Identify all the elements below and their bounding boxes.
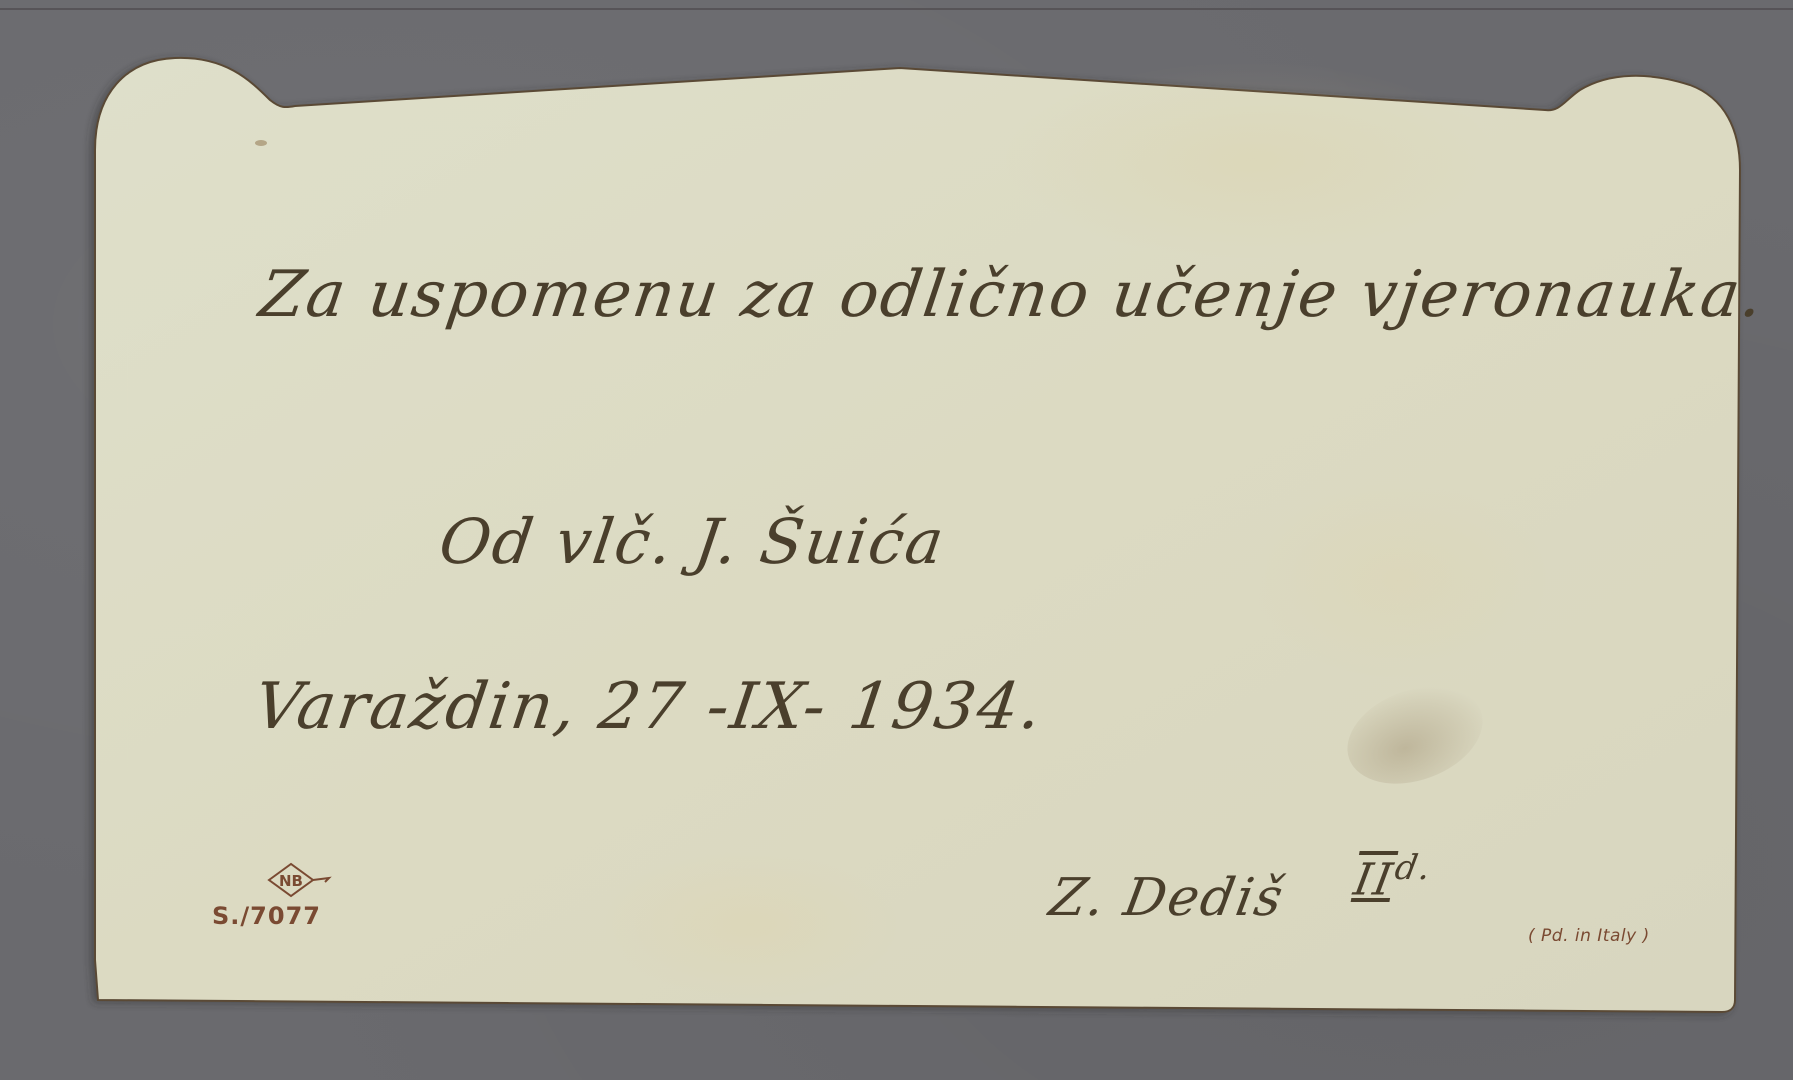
paper-stain: [255, 140, 267, 146]
paper-discoloration: [1250, 480, 1550, 680]
grade-numeral: II: [1350, 855, 1398, 906]
paper-discoloration: [1000, 60, 1500, 260]
card-serial-number: S./7077: [212, 902, 321, 930]
place-date-line: Varaždin, 27 -IX- 1934.: [250, 670, 1048, 744]
printed-in-italy-mark: ( Pd. in Italy ): [1528, 926, 1650, 946]
dedication-line: Za uspomenu za odlično učenje vjeronauka…: [255, 258, 1769, 332]
class-grade: IId.: [1350, 848, 1436, 906]
grade-suffix: d.: [1392, 848, 1436, 888]
publisher-logo-icon: NB: [265, 860, 337, 900]
svg-text:NB: NB: [279, 872, 303, 890]
paper-discoloration: [600, 850, 900, 1000]
recipient-signature: Z. Dediš: [1045, 868, 1289, 928]
giver-line: Od vlč. J. Šuića: [435, 505, 950, 578]
